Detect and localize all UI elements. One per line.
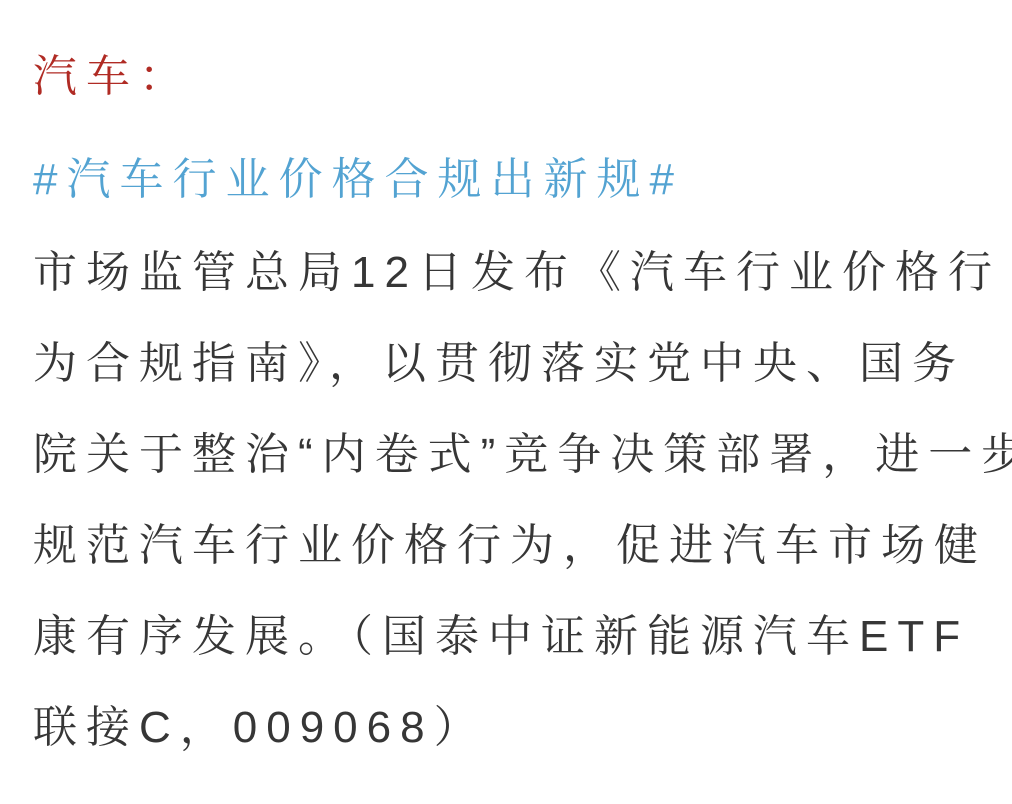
post-content: 汽车： #汽车行业价格合规出新规# 市场监管总局12日发布《汽车行业价格行 为合… bbox=[0, 0, 1012, 804]
body-text-line: 市场监管总局12日发布《汽车行业价格行 bbox=[33, 227, 992, 318]
topic-hashtag-link[interactable]: #汽车行业价格合规出新规# bbox=[33, 147, 992, 213]
body-text-line: 联接C，009068） bbox=[33, 682, 992, 773]
body-text-line: 规范汽车行业价格行为，促进汽车市场健 bbox=[33, 500, 992, 591]
post-body: 市场监管总局12日发布《汽车行业价格行 为合规指南》，以贯彻落实党中央、国务 院… bbox=[33, 227, 992, 773]
body-text-line: 为合规指南》，以贯彻落实党中央、国务 bbox=[33, 318, 992, 409]
category-label: 汽车： bbox=[33, 44, 992, 110]
body-text-line: 院关于整治“内卷式”竞争决策部署，进一步 bbox=[33, 409, 992, 500]
body-text-line: 康有序发展。（国泰中证新能源汽车ETF bbox=[33, 591, 992, 682]
